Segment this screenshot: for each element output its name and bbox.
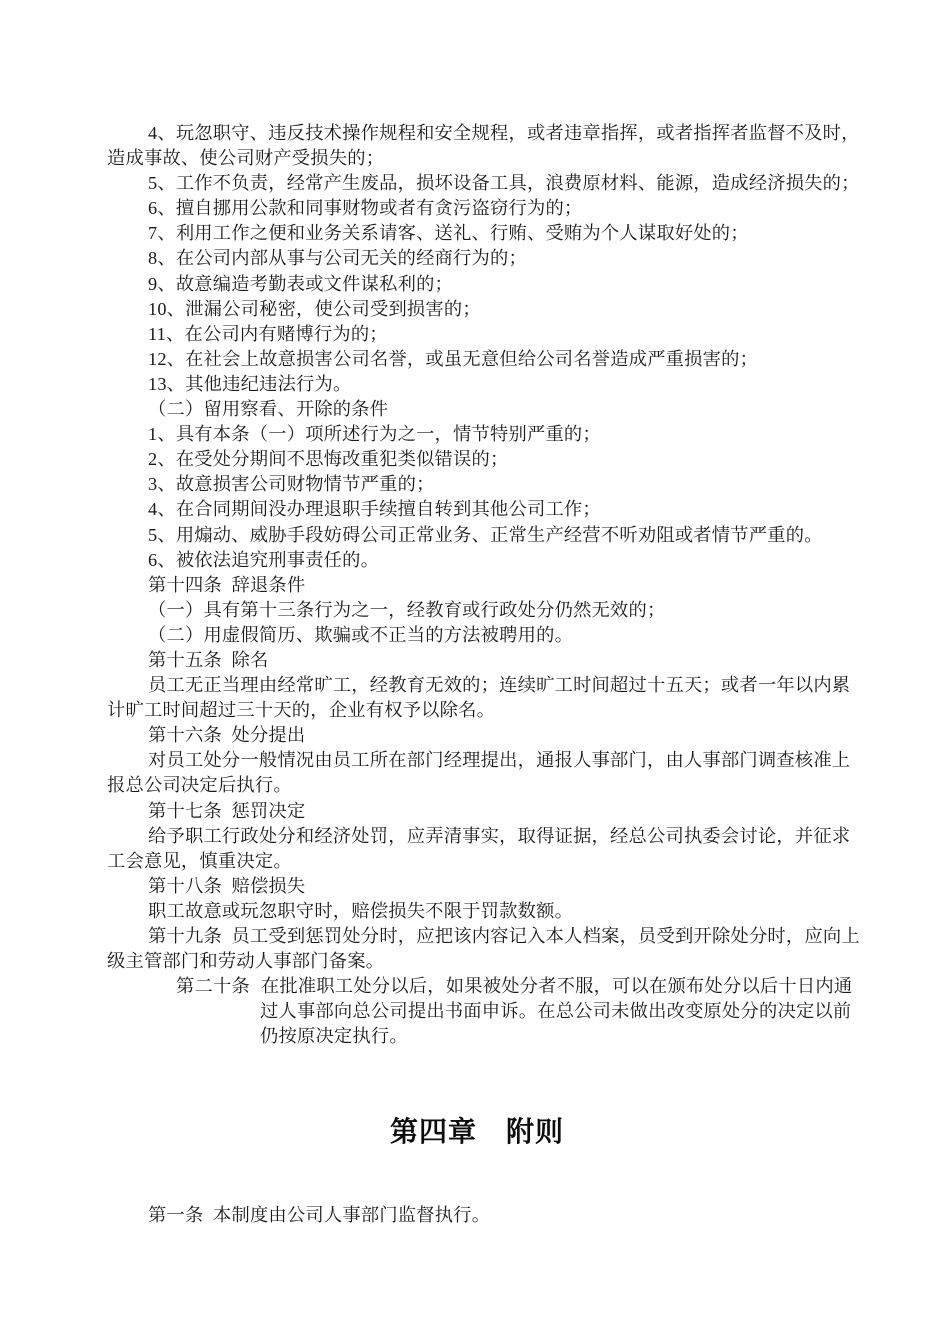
text-line: 员工无正当理由经常旷工，经教育无效的；连续旷工时间超过十五天；或者一年以内累 (107, 673, 847, 698)
text-line: 第十四条 辞退条件 (107, 573, 847, 598)
text-line: 5、用煽动、威胁手段妨碍公司正常业务、正常生产经营不听劝阻或者情节严重的。 (107, 523, 847, 548)
text-line: 6、擅自挪用公款和同事财物或者有贪污盗窃行为的； (107, 196, 847, 221)
closing-article-line: 第一条 本制度由公司人事部门监督执行。 (107, 1203, 847, 1228)
document-content: 4、玩忽职守、违反技术操作规程和安全规程，或者违章指挥，或者指挥者监督不及时，造… (107, 121, 847, 1229)
text-line: 4、在合同期间没办理退职手续擅自转到其他公司工作； (107, 497, 847, 522)
text-line: 工会意见，慎重决定。 (107, 849, 847, 874)
text-line: 第十八条 赔偿损失 (107, 874, 847, 899)
article-text: 在批准职工处分以后，如果被处分者不服，可以在颁布处分以后十日内通 (261, 976, 852, 996)
text-line: 2、在受处分期间不思悔改重犯类似错误的； (107, 447, 847, 472)
text-line: 仍按原决定执行。 (107, 1024, 847, 1049)
text-line: 职工故意或玩忽职守时，赔偿损失不限于罚款数额。 (107, 899, 847, 924)
text-line: 9、故意编造考勤表或文件谋私利的； (107, 272, 847, 297)
text-line: 11、在公司内有赌博行为的； (107, 322, 847, 347)
text-line: 1、具有本条（一）项所述行为之一，情节特别严重的； (107, 422, 847, 447)
text-line: 给予职工行政处分和经济处罚，应弄清事实，取得证据，经总公司执委会讨论，并征求 (107, 824, 847, 849)
text-line: 第二十条在批准职工处分以后，如果被处分者不服，可以在颁布处分以后十日内通 (107, 974, 847, 999)
text-line: 造成事故、使公司财产受损失的； (107, 146, 847, 171)
text-line: 3、故意损害公司财物情节严重的； (107, 472, 847, 497)
text-line: 对员工处分一般情况由员工所在部门经理提出，通报人事部门，由人事部门调查核准上 (107, 748, 847, 773)
chapter-heading: 第四章 附则 (107, 1111, 847, 1153)
article-label: 第二十条 (176, 976, 250, 996)
text-line: 第十九条 员工受到惩罚处分时，应把该内容记入本人档案，员受到开除处分时，应向上 (107, 924, 847, 949)
text-line: 第十六条 处分提出 (107, 723, 847, 748)
text-line: 6、被依法追究刑事责任的。 (107, 548, 847, 573)
text-line: （二）留用察看、开除的条件 (107, 397, 847, 422)
text-line: 5、工作不负责，经常产生废品，损坏设备工具，浪费原材料、能源，造成经济损失的； (107, 171, 847, 196)
text-line: 级主管部门和劳动人事部门备案。 (107, 949, 847, 974)
text-line: 过人事部向总公司提出书面申诉。在总公司未做出改变原处分的决定以前 (107, 999, 847, 1024)
text-line: 10、泄漏公司秘密，使公司受到损害的； (107, 297, 847, 322)
text-line: 第十七条 惩罚决定 (107, 799, 847, 824)
text-line: 13、其他违纪违法行为。 (107, 372, 847, 397)
text-line: 12、在社会上故意损害公司名誉，或虽无意但给公司名誉造成严重损害的； (107, 347, 847, 372)
text-line: 8、在公司内部从事与公司无关的经商行为的； (107, 246, 847, 271)
text-line: （一）具有第十三条行为之一，经教育或行政处分仍然无效的； (107, 598, 847, 623)
text-line: 4、玩忽职守、违反技术操作规程和安全规程，或者违章指挥，或者指挥者监督不及时， (107, 121, 847, 146)
text-line: 第十五条 除名 (107, 648, 847, 673)
document-body: 4、玩忽职守、违反技术操作规程和安全规程，或者违章指挥，或者指挥者监督不及时，造… (107, 121, 847, 1049)
text-line: 报总公司决定后执行。 (107, 773, 847, 798)
text-line: 计旷工时间超过三十天的，企业有权予以除名。 (107, 698, 847, 723)
text-line: 7、利用工作之便和业务关系请客、送礼、行贿、受贿为个人谋取好处的； (107, 221, 847, 246)
document-page: 4、玩忽职守、违反技术操作规程和安全规程，或者违章指挥，或者指挥者监督不及时，造… (0, 0, 950, 1344)
text-line: （二）用虚假简历、欺骗或不正当的方法被聘用的。 (107, 623, 847, 648)
